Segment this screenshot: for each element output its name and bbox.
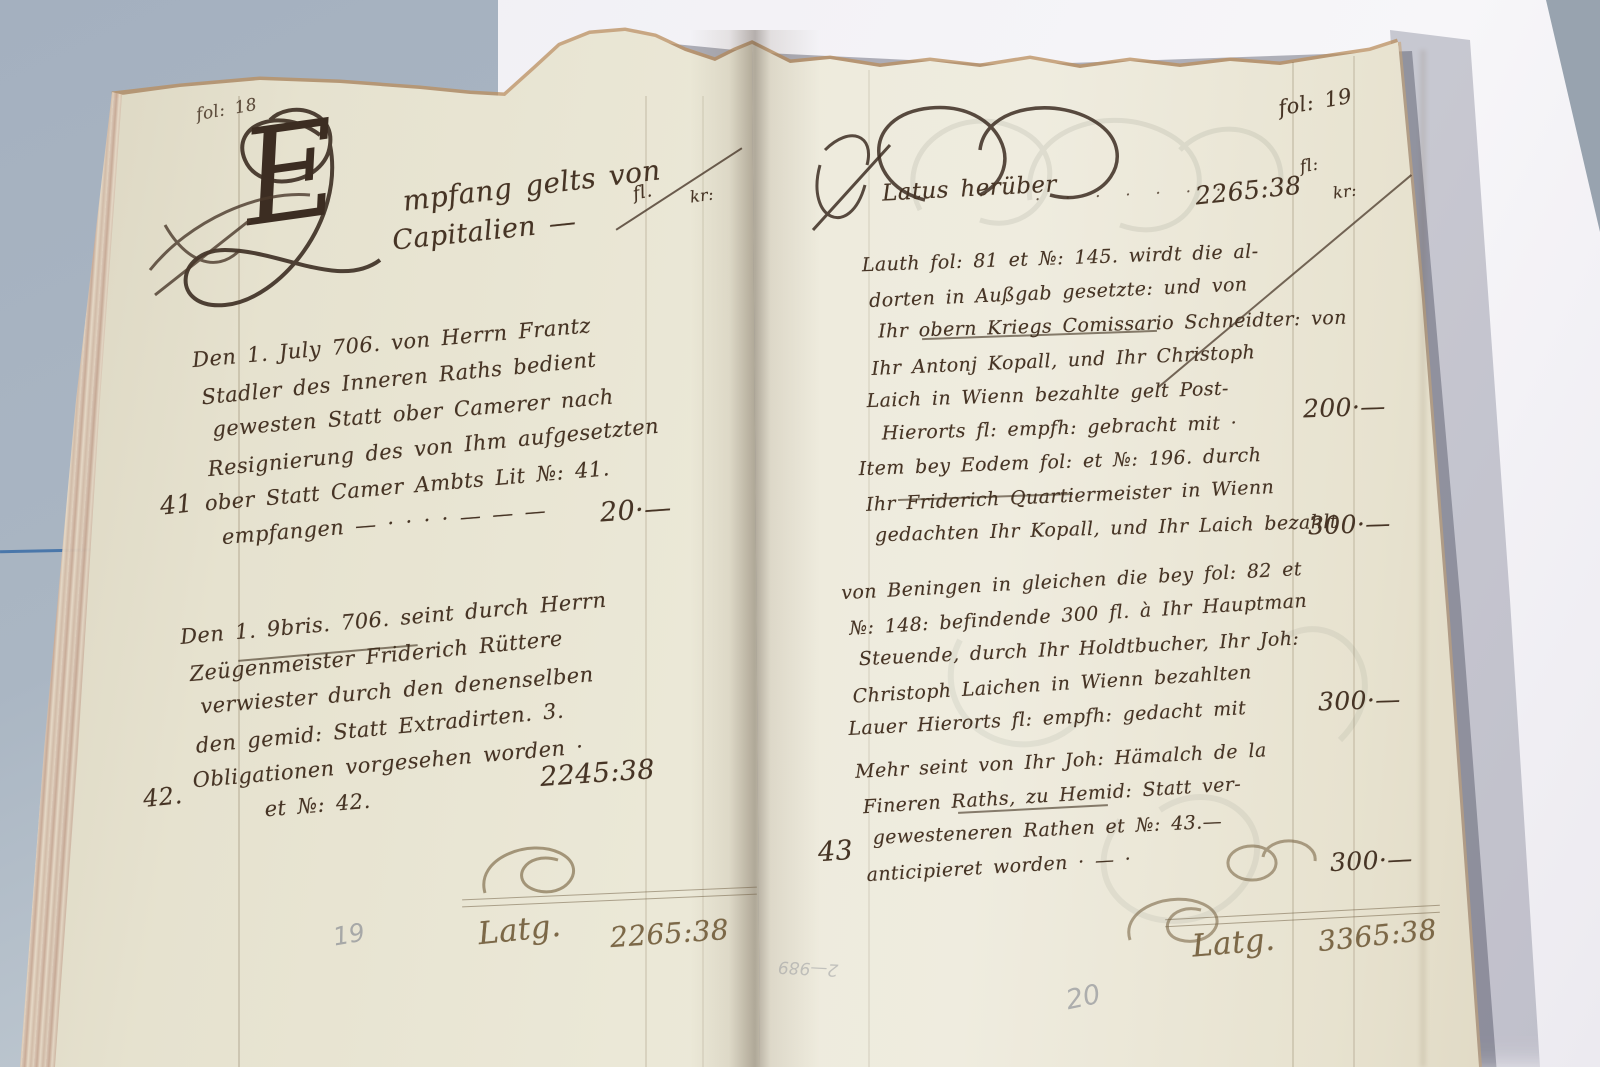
right-col-kr: kr:	[1332, 182, 1358, 201]
right-col-fl: fl:	[1299, 157, 1320, 177]
entry-line: Ihr Friderich Quartiermeister in Wienn	[866, 476, 1329, 515]
amount-300-c: 300·—	[1329, 846, 1413, 875]
amount-300-b: 300·—	[1318, 687, 1401, 715]
left-total-label: Latg.	[477, 911, 563, 951]
manuscript-photo: fol: 18 E mpfang gelts von Capitalien — …	[0, 0, 1600, 1067]
entry-42: Den 1. 9bris. 706. seint durch Herrn Zeü…	[179, 590, 624, 842]
entry-line: dorten in Außgab gesetzte: und von	[869, 272, 1338, 311]
entry-line: gedachten Ihr Kopall, und Ihr Laich beza…	[875, 513, 1338, 546]
left-col-kr: kr:	[689, 186, 715, 205]
amount-300-a: 300·—	[1308, 511, 1391, 539]
amount-41: 20·—	[599, 495, 672, 527]
latus-flourish	[795, 90, 1125, 250]
pencil-note-reversed: 2—989	[778, 956, 839, 979]
amount-200: 200·—	[1303, 394, 1386, 422]
pencil-page-number-19: 19	[331, 917, 367, 951]
left-total-amount: 2265:38	[609, 916, 730, 952]
margin-number-42: 42.	[142, 783, 184, 811]
entry-line: Hierorts fl: empfh: gebracht mit ·	[882, 411, 1351, 444]
entry-fol82: von Beningen in gleichen die bey fol: 82…	[841, 560, 1310, 754]
amount-42: 2245:38	[539, 756, 656, 791]
entry-line: Ihr Antonj Kopall, und Ihr Christoph	[871, 340, 1340, 379]
entry-line: Laich in Wienn bezahlte gelt Post-	[866, 376, 1335, 411]
entry-fol81: Lauth fol: 81 et №: 145. wirdt die al- d…	[862, 240, 1338, 460]
amount-flourish	[1208, 822, 1328, 892]
margin-number-41: 41	[159, 490, 194, 518]
entry-41: Den 1. July 706. von Herrn Frantz Stadle…	[191, 311, 661, 566]
left-col-fl: fl.	[631, 182, 654, 204]
total-flourish	[470, 838, 600, 908]
entry-fol196: Item bey Eodem fol: et №: 196. durch Ihr…	[858, 444, 1324, 562]
right-total-label: Latg.	[1191, 924, 1277, 962]
margin-number-43: 43	[817, 837, 854, 866]
